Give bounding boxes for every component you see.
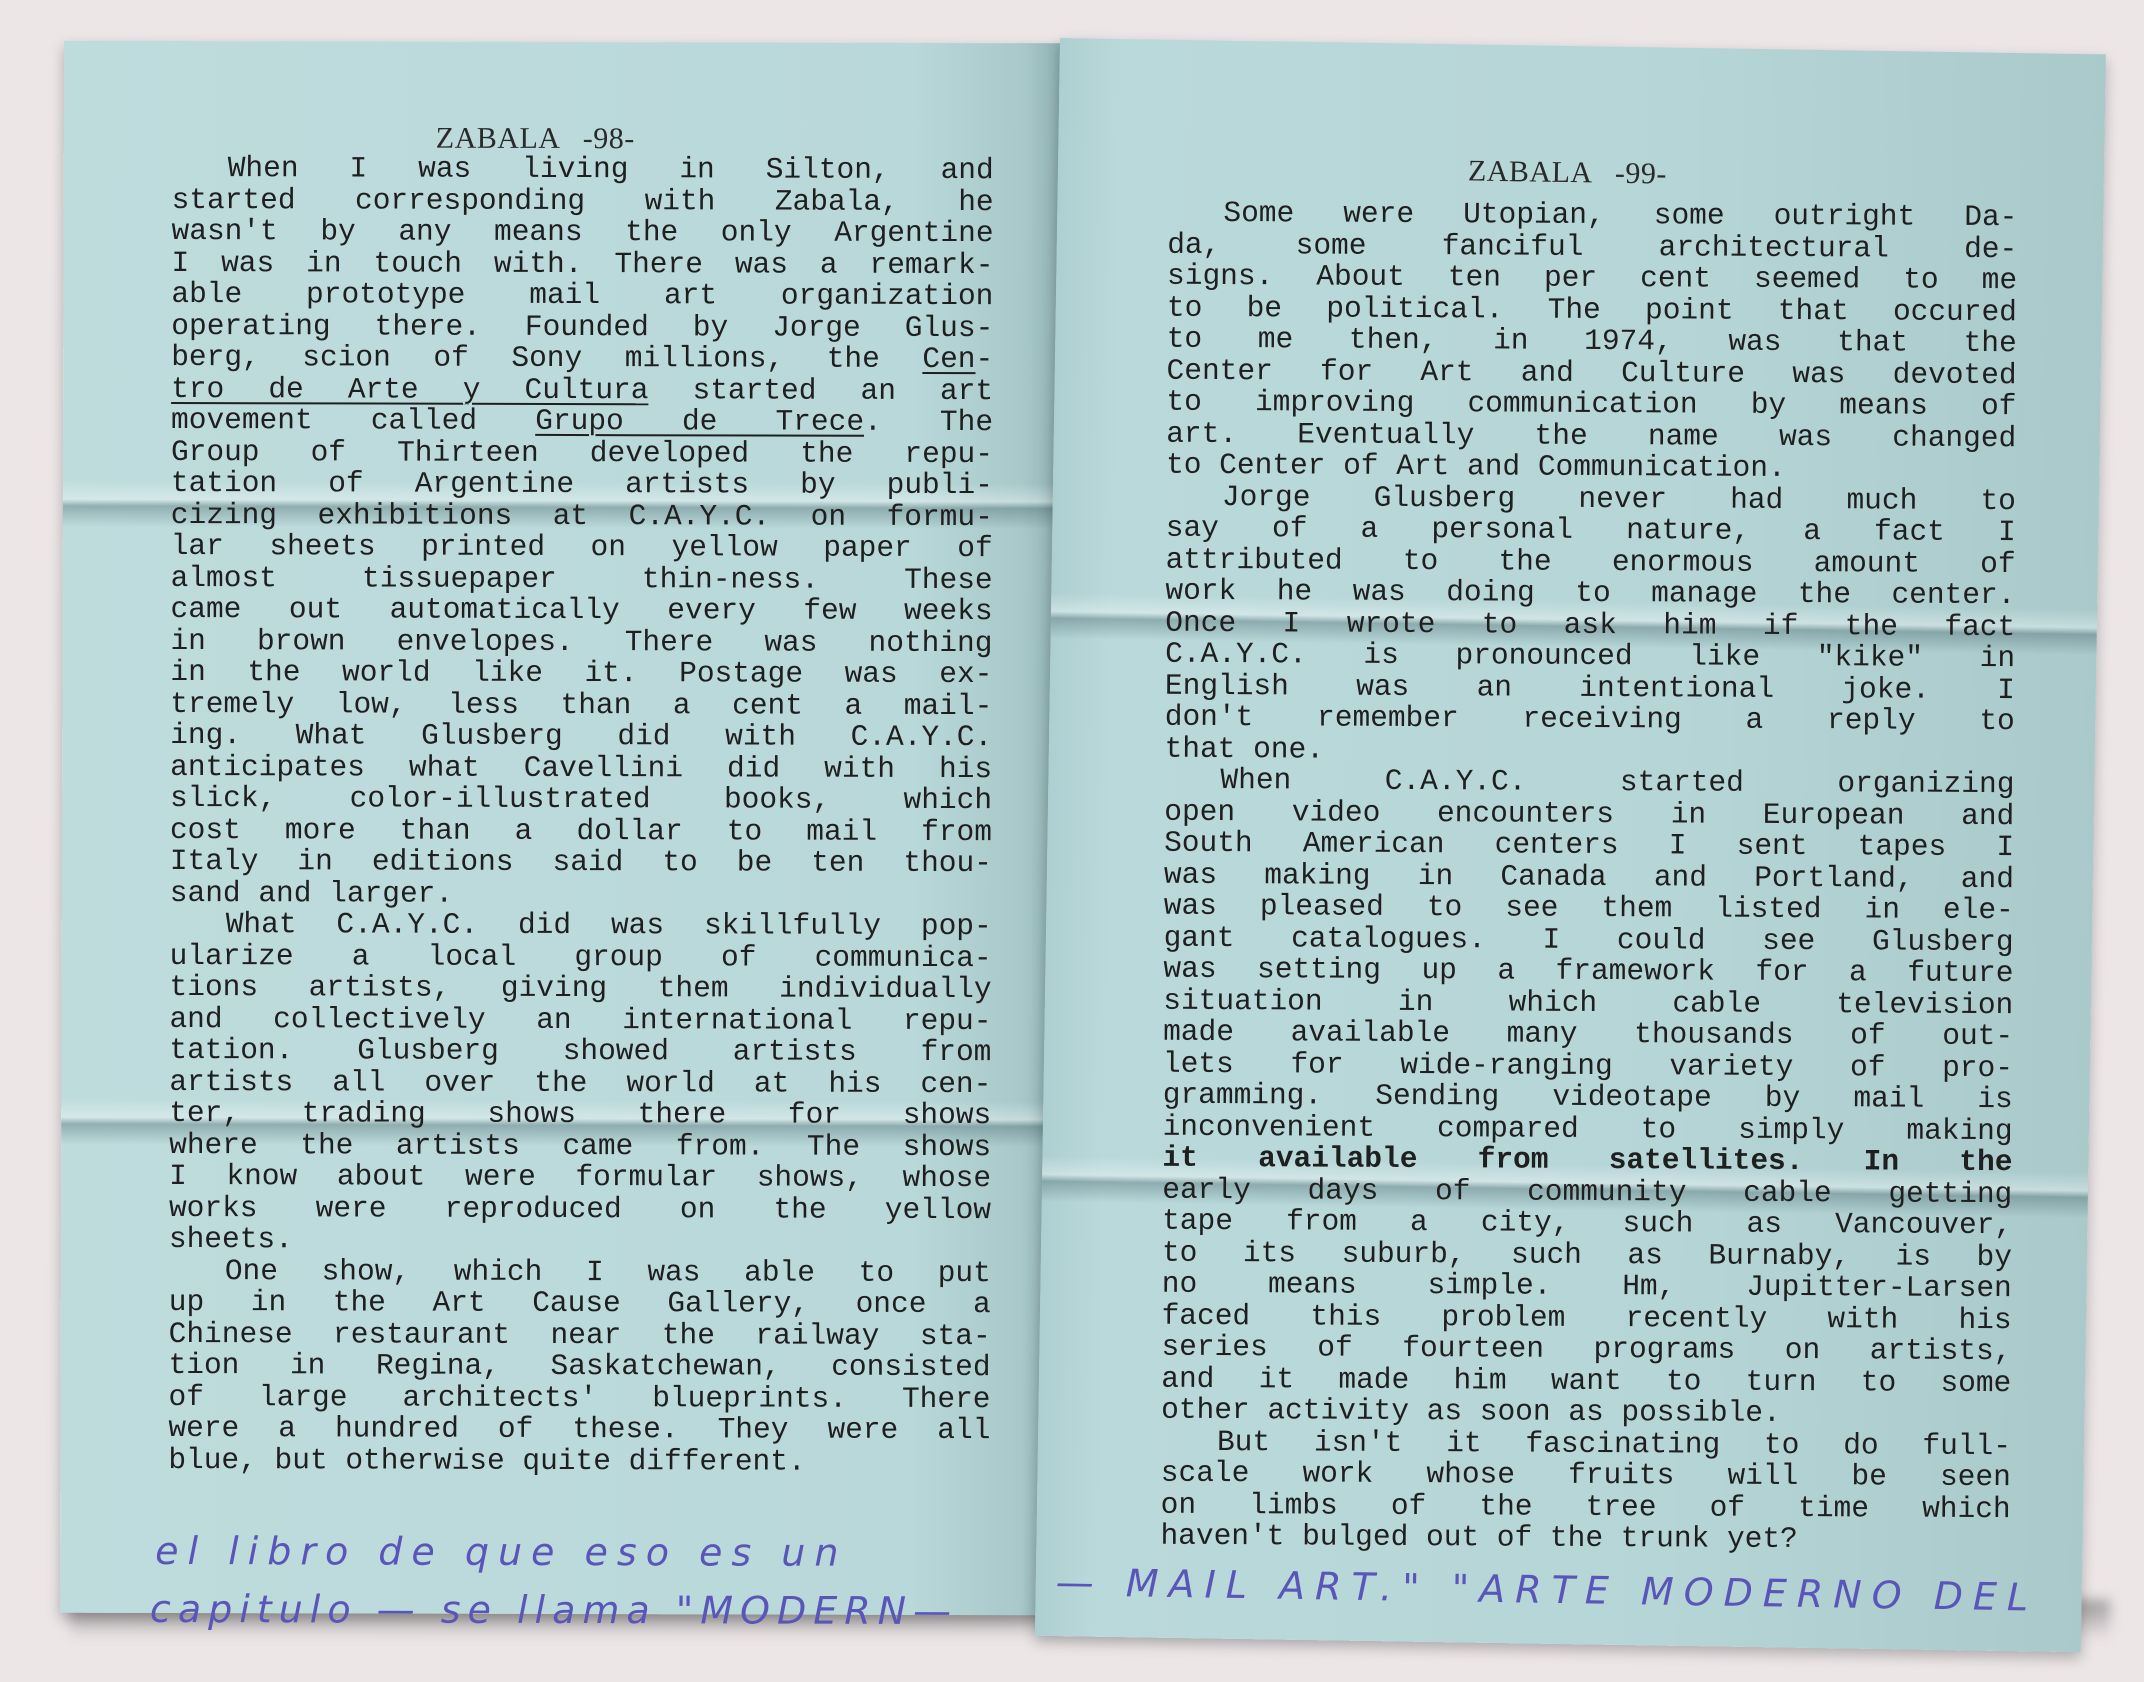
text-line: artists all over the world at his cen- — [169, 1066, 991, 1100]
text-line: tremely low, less than a cent a mail- — [170, 688, 992, 722]
text-line: lar sheets printed on yellow paper of — [171, 531, 993, 565]
text-line: Chinese restaurant near the railway sta- — [169, 1318, 991, 1352]
text-line: tation of Argentine artists by publi- — [171, 468, 993, 502]
text-line: anticipates what Cavellini did with his — [170, 751, 992, 785]
right-page: ZABALA -99- Some were Utopian, some outr… — [1035, 38, 2106, 1652]
text-line: operating there. Founded by Jorge Glus- — [171, 310, 993, 344]
body-text: When I was living in Silton, andstarted … — [168, 153, 993, 1478]
text-line: started corresponding with Zabala, he — [172, 184, 994, 218]
text-line: ing. What Glusberg did with C.A.Y.C. — [170, 720, 992, 754]
text-line: tion in Regina, Saskatchewan, consisted — [169, 1350, 991, 1384]
text-line: were a hundred of these. They were all — [168, 1413, 990, 1447]
left-page: ZABALA -98- When I was living in Silton,… — [60, 41, 1064, 1616]
text-line: tions artists, giving them individually — [170, 972, 992, 1006]
text-line: When I was living in Silton, and — [172, 153, 994, 187]
text-line: What C.A.Y.C. did was skillfully pop- — [170, 909, 992, 943]
text-line: in brown envelopes. There was nothing — [170, 625, 992, 659]
text-line: slick, color-illustrated books, which — [170, 783, 992, 817]
text-line: tro de Arte y Cultura started an art — [171, 373, 993, 407]
text-line: berg, scion of Sony millions, the Cen- — [171, 342, 993, 376]
text-line: in the world like it. Postage was ex- — [170, 657, 992, 691]
text-line: I know about were formular shows, whose — [169, 1161, 991, 1195]
text-line: works were reproduced on the yellow — [169, 1192, 991, 1226]
text-line: up in the Art Cause Gallery, once a — [169, 1287, 991, 1321]
text-line: ularize a local group of communica- — [170, 940, 992, 974]
text-line: haven't bulged out of the trunk yet? — [1160, 1521, 2010, 1557]
text-line: where the artists came from. The shows — [169, 1129, 991, 1163]
text-line: Group of Thirteen developed the repu- — [171, 436, 993, 470]
text-line: I was in touch with. There was a remark- — [171, 247, 993, 281]
text-line: One show, which I was able to put — [169, 1255, 991, 1289]
text-line: movement called Grupo de Trece. The — [171, 405, 993, 439]
handwritten-note: capitulo — se llama "MODERN— — [150, 1587, 958, 1633]
text-line: wasn't by any means the only Argentine — [172, 216, 994, 250]
text-line: sand and larger. — [170, 877, 992, 911]
text-line: cost more than a dollar to mail from — [170, 814, 992, 848]
text-line: came out automatically every few weeks — [171, 594, 993, 628]
text-line: ter, trading shows there for shows — [169, 1098, 991, 1132]
text-line: blue, but otherwise quite different. — [168, 1444, 990, 1478]
text-line: almost tissuepaper thin-ness. These — [171, 562, 993, 596]
page-header: ZABALA -99- — [1468, 154, 1667, 191]
handwritten-note: — MAIL ART." "ARTE MODERNO DEL — [1055, 1560, 2038, 1619]
handwritten-note: el libro de que eso es un — [155, 1529, 847, 1575]
text-line: of large architects' blueprints. There — [168, 1381, 990, 1415]
text-line: sheets. — [169, 1224, 991, 1258]
text-line: cizing exhibitions at C.A.Y.C. on formu- — [171, 499, 993, 533]
text-line: and collectively an international repu- — [169, 1003, 991, 1037]
text-line: Italy in editions said to be ten thou- — [170, 846, 992, 880]
text-line: tation. Glusberg showed artists from — [169, 1035, 991, 1069]
text-line: able prototype mail art organization — [171, 279, 993, 313]
body-text: Some were Utopian, some outright Da-da, … — [1160, 198, 2017, 1557]
